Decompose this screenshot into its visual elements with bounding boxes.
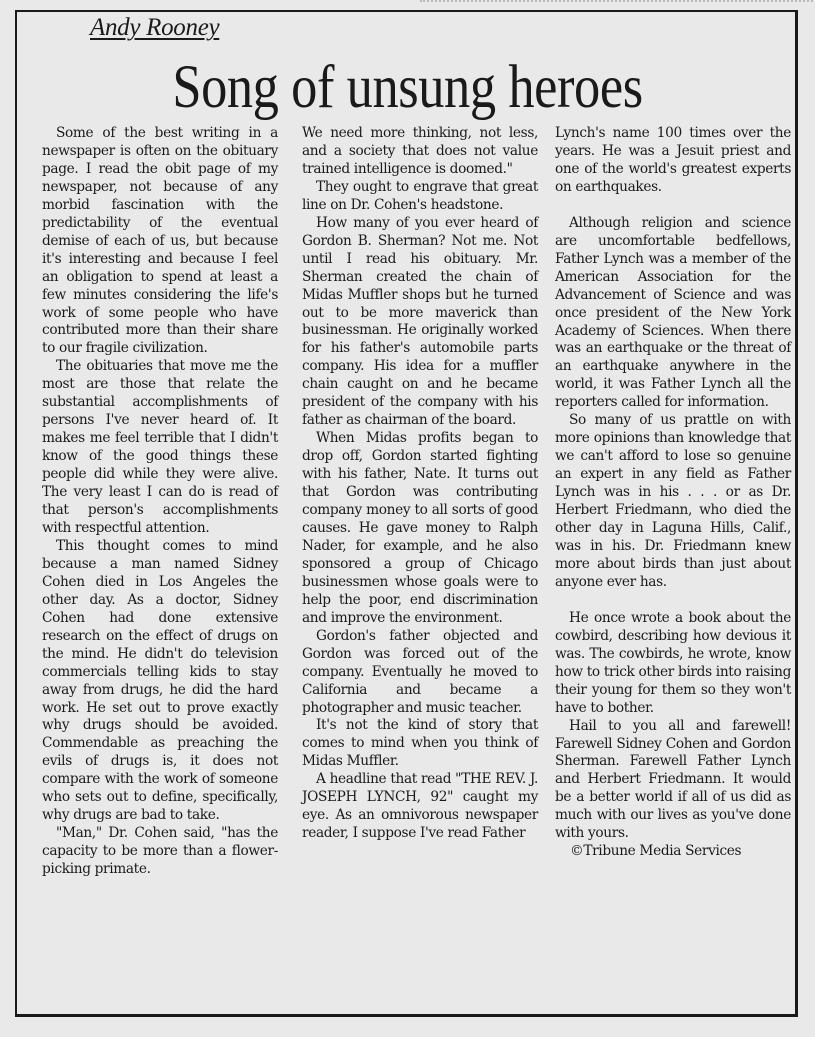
paragraph: Hail to you all and farewell! Farewell S… (555, 718, 791, 844)
paragraph: Some of the best writing in a newspaper … (42, 125, 278, 358)
article-column-2: We need more thinking, not less, and a s… (302, 125, 538, 843)
paragraph: A headline that read "THE REV. J. JOSEPH… (302, 771, 538, 843)
article-column-3: Lynch's name 100 times over the years. H… (555, 125, 791, 861)
paragraph: "Man," Dr. Cohen said, "has the capacity… (42, 825, 278, 879)
byline: Andy Rooney (90, 14, 219, 42)
paragraph: They ought to engrave that great line on… (302, 179, 538, 215)
copyright-credit: ©Tribune Media Services (555, 843, 791, 861)
paragraph: So many of us prattle on with more opini… (555, 412, 791, 592)
paragraph: He once wrote a book about the cowbird, … (555, 610, 791, 718)
paragraph: The obituaries that move me the most are… (42, 358, 278, 538)
article-column-1: Some of the best writing in a newspaper … (42, 125, 278, 879)
paragraph: When Midas profits began to drop off, Go… (302, 430, 538, 627)
paragraph: Although religion and science are uncomf… (555, 215, 791, 412)
scan-artifact (420, 0, 815, 6)
headline: Song of unsung heroes (57, 52, 758, 124)
paragraph: Gordon's father objected and Gordon was … (302, 628, 538, 718)
paragraph: This thought comes to mind because a man… (42, 538, 278, 825)
paragraph: It's not the kind of story that comes to… (302, 717, 538, 771)
paragraph: Lynch's name 100 times over the years. H… (555, 125, 791, 197)
paragraph: How many of you ever heard of Gordon B. … (302, 215, 538, 430)
paragraph: We need more thinking, not less, and a s… (302, 125, 538, 179)
